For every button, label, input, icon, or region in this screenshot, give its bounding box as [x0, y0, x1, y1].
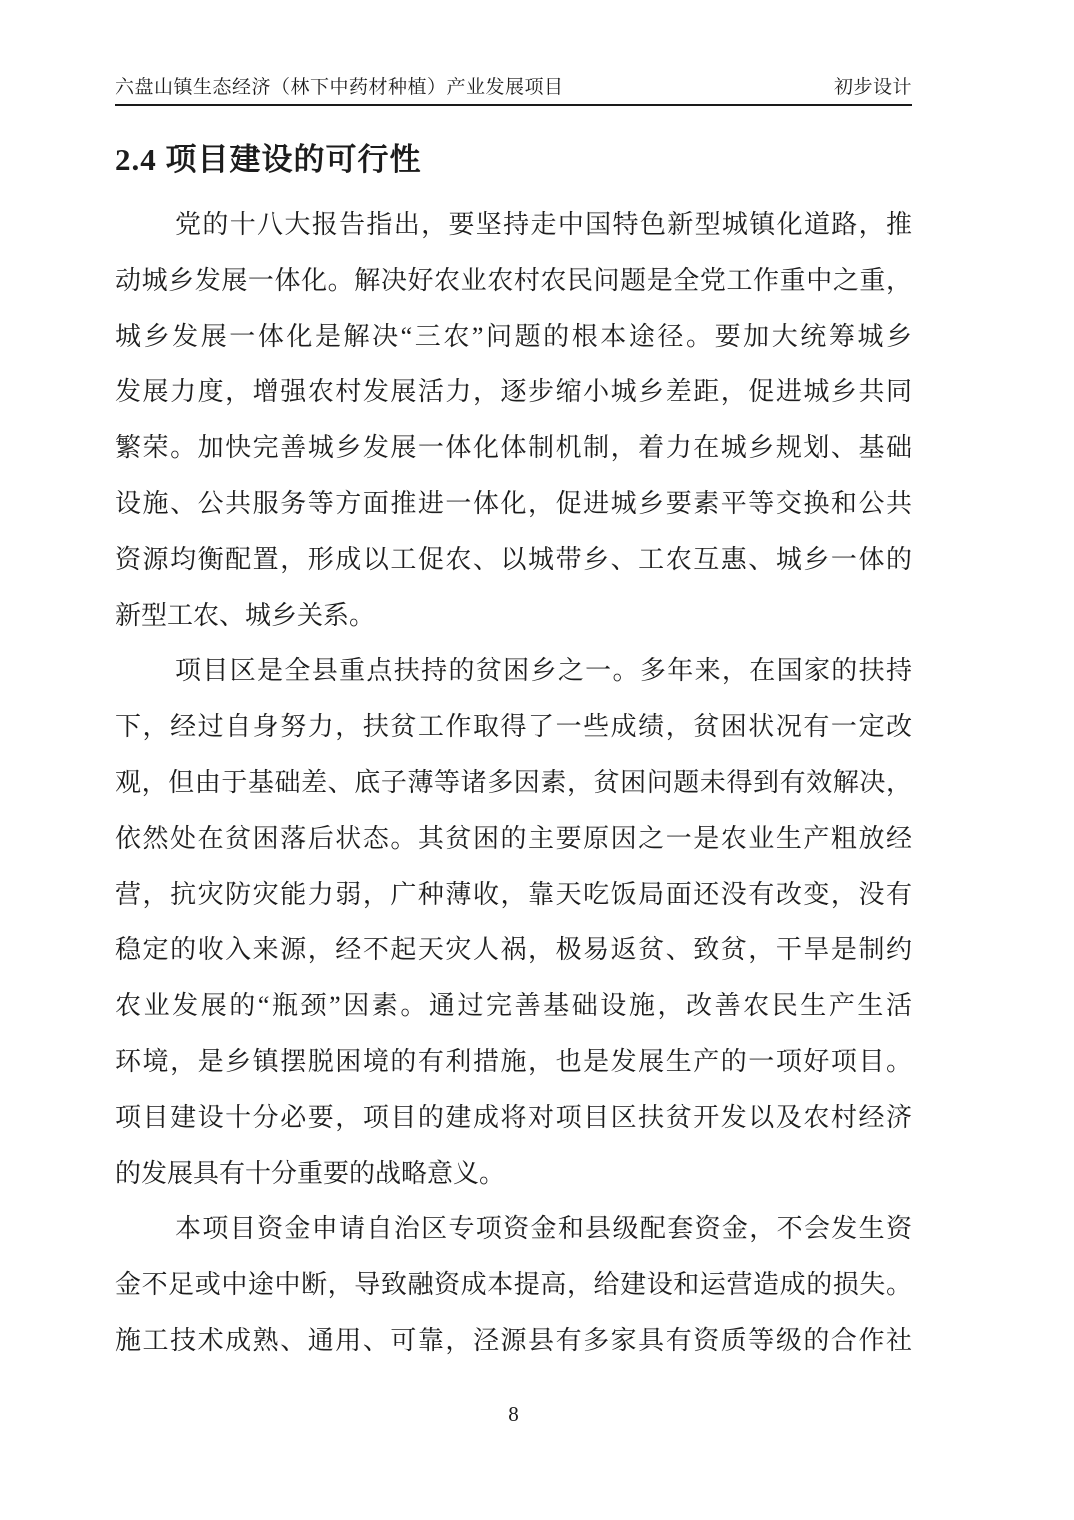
text-line: 资源均衡配置，形成以工促农、以城带乡、工农互惠、城乡一体的: [115, 532, 912, 588]
header-doc-stage-label: 初步设计: [834, 72, 912, 99]
text-line: 施工技术成熟、通用、可靠，泾源县有多家具有资质等级的合作社: [115, 1313, 912, 1369]
text-line: 动城乡发展一体化。解决好农业农村农民问题是全党工作重中之重，: [115, 253, 912, 309]
text-line: 发展力度，增强农村发展活力，逐步缩小城乡差距，促进城乡共同: [115, 364, 912, 420]
document-page: 六盘山镇生态经济（林下中药材种植）产业发展项目 初步设计 2.4 项目建设的可行…: [0, 0, 1074, 1520]
text-line: 的发展具有十分重要的战略意义。: [115, 1146, 912, 1202]
text-line: 环境，是乡镇摆脱困境的有利措施，也是发展生产的一项好项目。: [115, 1034, 912, 1090]
text-line: 金不足或中途中断，导致融资成本提高，给建设和运营造成的损失。: [115, 1257, 912, 1313]
text-line: 繁荣。加快完善城乡发展一体化体制机制，着力在城乡规划、基础: [115, 420, 912, 476]
section-heading: 2.4 项目建设的可行性: [115, 142, 912, 178]
page-number: 8: [508, 1402, 519, 1426]
body-text: 党的十八大报告指出，要坚持走中国特色新型城镇化道路，推动城乡发展一体化。解决好农…: [115, 197, 912, 1369]
text-line: 下，经过自身努力，扶贫工作取得了一些成绩，贫困状况有一定改: [115, 699, 912, 755]
text-line: 观，但由于基础差、底子薄等诸多因素，贫困问题未得到有效解决，: [115, 755, 912, 811]
text-line: 营，抗灾防灾能力弱，广种薄收，靠天吃饭局面还没有改变，没有: [115, 867, 912, 923]
text-line: 项目建设十分必要，项目的建成将对项目区扶贫开发以及农村经济: [115, 1090, 912, 1146]
text-line: 农业发展的“瓶颈”因素。通过完善基础设施，改善农民生产生活: [115, 978, 912, 1034]
text-line: 项目区是全县重点扶持的贫困乡之一。多年来，在国家的扶持: [115, 643, 912, 699]
page-header: 六盘山镇生态经济（林下中药材种植）产业发展项目 初步设计: [115, 72, 912, 106]
text-line: 党的十八大报告指出，要坚持走中国特色新型城镇化道路，推: [115, 197, 912, 253]
page-footer: 8: [115, 1402, 912, 1427]
text-line: 城乡发展一体化是解决“三农”问题的根本途径。要加大统筹城乡: [115, 309, 912, 365]
text-line: 依然处在贫困落后状态。其贫困的主要原因之一是农业生产粗放经: [115, 811, 912, 867]
text-line: 稳定的收入来源，经不起天灾人祸，极易返贫、致贫，干旱是制约: [115, 922, 912, 978]
text-line: 本项目资金申请自治区专项资金和县级配套资金，不会发生资: [115, 1201, 912, 1257]
text-line: 设施、公共服务等方面推进一体化，促进城乡要素平等交换和公共: [115, 476, 912, 532]
text-line: 新型工农、城乡关系。: [115, 588, 912, 644]
header-project-title: 六盘山镇生态经济（林下中药材种植）产业发展项目: [115, 72, 564, 99]
